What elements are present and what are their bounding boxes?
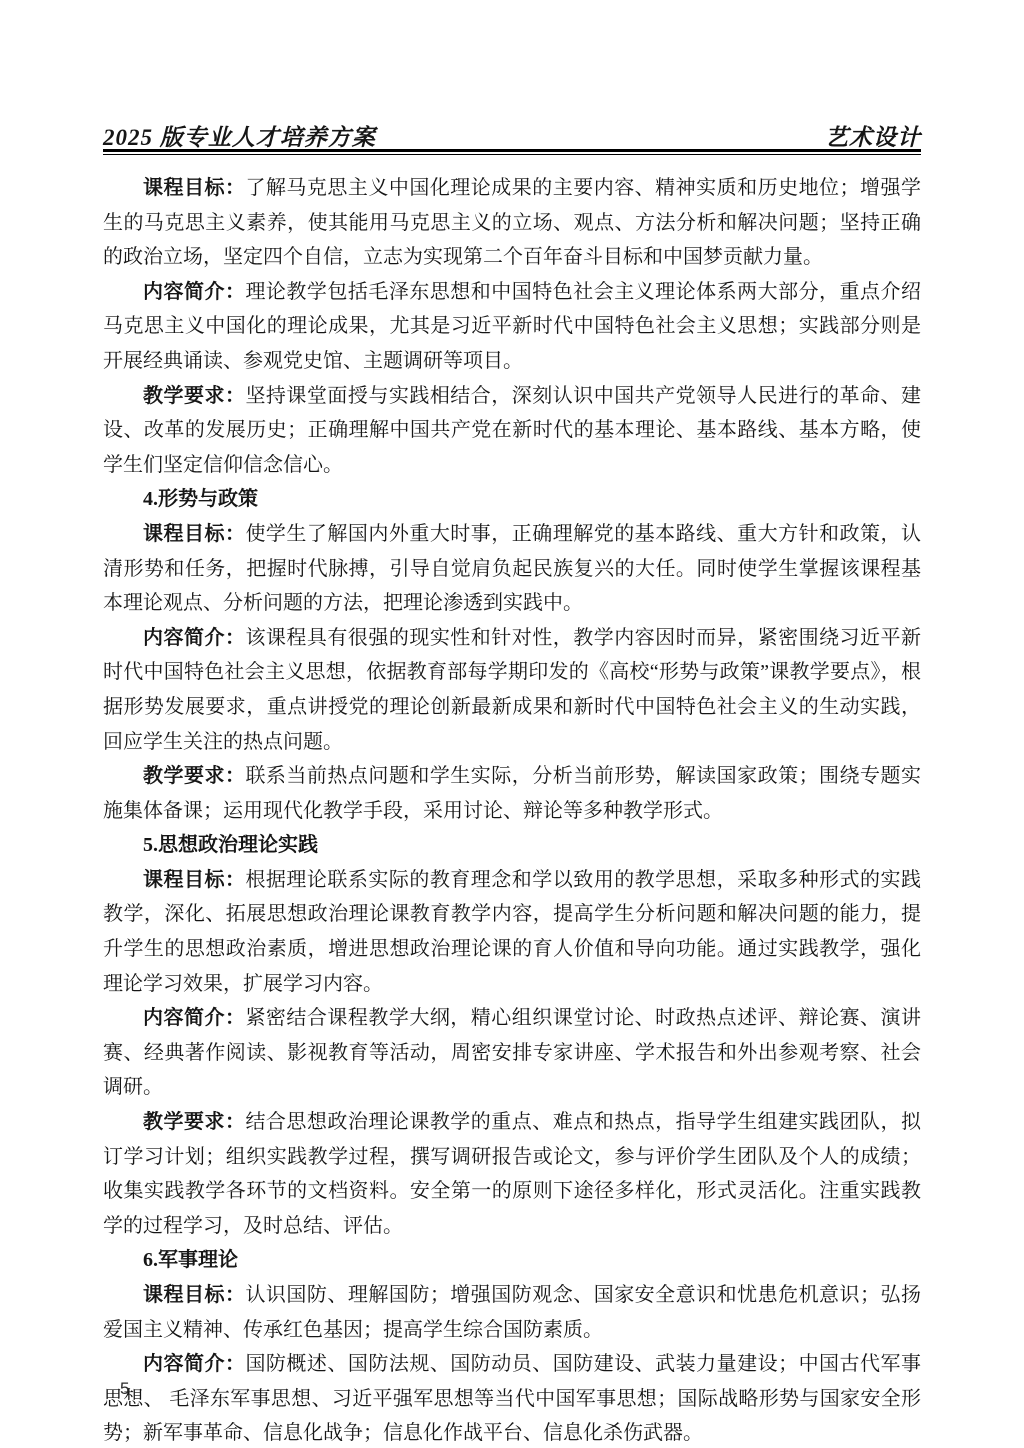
paragraph: 课程目标：使学生了解国内外重大时事，正确理解党的基本路线、重大方针和政策，认清形… (103, 517, 921, 621)
header-left-title: 2025 版专业人才培养方案 (103, 119, 376, 152)
paragraph-label: 课程目标： (143, 523, 245, 545)
document-page: 2025 版专业人才培养方案 艺术设计 课程目标：了解马克思主义中国化理论成果的… (0, 0, 1024, 1448)
paragraph-label: 内容简介： (143, 627, 245, 649)
paragraph-label: 课程目标： (143, 1284, 245, 1306)
page-header: 2025 版专业人才培养方案 艺术设计 (103, 119, 921, 152)
document-body: 课程目标：了解马克思主义中国化理论成果的主要内容、精神实质和历史地位；增强学生的… (103, 171, 921, 1448)
paragraph-label: 课程目标： (143, 177, 245, 199)
paragraph-label: 教学要求： (143, 1111, 245, 1133)
paragraph: 教学要求：坚持课堂面授与实践相结合，深刻认识中国共产党领导人民进行的革命、建设、… (103, 379, 921, 483)
paragraph: 内容简介：国防概述、国防法规、国防动员、国防建设、武装力量建设；中国古代军事思想… (103, 1347, 921, 1448)
header-right-title: 艺术设计 (825, 119, 921, 152)
paragraph-label: 内容简介： (143, 281, 245, 303)
header-divider-rule (103, 149, 921, 155)
page-number: 5 (120, 1379, 129, 1399)
paragraph: 内容简介：该课程具有很强的现实性和针对性，教学内容因时而异，紧密围绕习近平新时代… (103, 621, 921, 759)
section-heading: 4.形势与政策 (103, 482, 921, 517)
paragraph: 课程目标：了解马克思主义中国化理论成果的主要内容、精神实质和历史地位；增强学生的… (103, 171, 921, 275)
paragraph-label: 教学要求： (143, 765, 245, 787)
paragraph: 内容简介：理论教学包括毛泽东思想和中国特色社会主义理论体系两大部分，重点介绍马克… (103, 275, 921, 379)
section-heading: 5.思想政治理论实践 (103, 828, 921, 863)
paragraph: 内容简介：紧密结合课程教学大纲，精心组织课堂讨论、时政热点述评、辩论赛、演讲赛、… (103, 1001, 921, 1105)
paragraph: 课程目标：根据理论联系实际的教育理念和学以致用的教学思想，采取多种形式的实践教学… (103, 863, 921, 1001)
header-rule-thin-line (103, 154, 921, 155)
paragraph: 课程目标：认识国防、理解国防；增强国防观念、国家安全意识和忧患危机意识；弘扬爱国… (103, 1278, 921, 1347)
paragraph-label: 教学要求： (143, 385, 245, 407)
paragraph-label: 内容简介： (143, 1353, 245, 1375)
paragraph-label: 课程目标： (143, 869, 245, 891)
section-heading: 6.军事理论 (103, 1243, 921, 1278)
paragraph: 教学要求：联系当前热点问题和学生实际，分析当前形势，解读国家政策；围绕专题实施集… (103, 759, 921, 828)
paragraph-label: 内容简介： (143, 1007, 245, 1029)
paragraph: 教学要求：结合思想政治理论课教学的重点、难点和热点，指导学生组建实践团队，拟订学… (103, 1105, 921, 1243)
